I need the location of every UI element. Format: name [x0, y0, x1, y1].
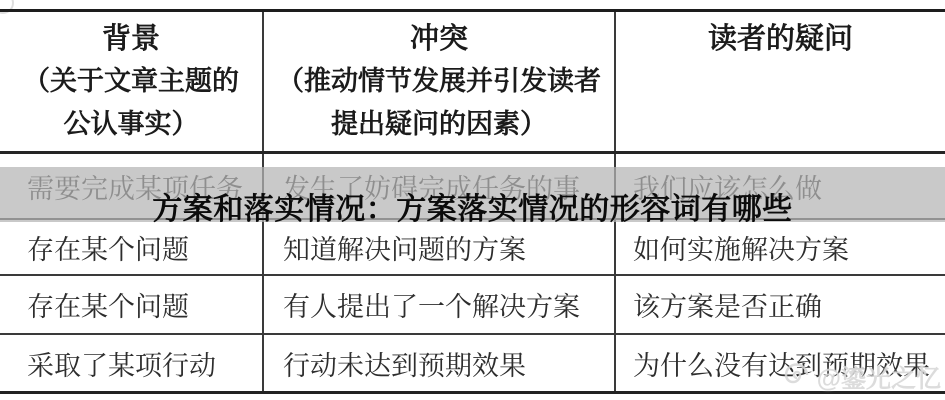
table-row: 存在某个问题 知道解决问题的方案 如何实施解决方案 [0, 220, 945, 276]
table-cell: 知道解决问题的方案 [262, 220, 614, 274]
table-cell: 采取了某项行动 [0, 335, 262, 391]
header-cell-background: 背景 （关于文章主题的 公认事实） [0, 12, 262, 151]
table-row: 存在某个问题 有人提出了一个解决方案 该方案是否正确 [0, 276, 945, 335]
table-cell: 该方案是否正确 [614, 276, 945, 333]
watermark: @鎏光之忆 [782, 359, 941, 395]
spiral-watermark-icon [782, 362, 812, 392]
header-title: 冲突 [264, 19, 614, 60]
header-subtitle-line: （关于文章主题的 [0, 60, 262, 103]
table-cell: 如何实施解决方案 [614, 220, 945, 274]
table-cell: 行动未达到预期效果 [262, 335, 614, 391]
header-subtitle-line: 公认事实） [0, 103, 262, 146]
header-cell-conflict: 冲突 （推动情节发展并引发读者 提出疑问的因素） [262, 12, 614, 151]
overlay-title: 方案和落实情况：方案落实情况的形容词有哪些 [0, 184, 945, 228]
screenshot-root: 背景 （关于文章主题的 公认事实） 冲突 （推动情节发展并引发读者 提出疑问的因… [0, 0, 945, 400]
header-title: 背景 [0, 19, 262, 60]
header-cell-reader-question: 读者的疑问 [614, 12, 945, 151]
header-subtitle-line: （推动情节发展并引发读者 [264, 60, 614, 103]
table-header-row: 背景 （关于文章主题的 公认事实） 冲突 （推动情节发展并引发读者 提出疑问的因… [0, 9, 945, 154]
table-cell: 有人提出了一个解决方案 [262, 276, 614, 333]
table-cell: 存在某个问题 [0, 220, 262, 274]
table-cell: 存在某个问题 [0, 276, 262, 333]
watermark-handle: @鎏光之忆 [817, 359, 941, 395]
header-title: 读者的疑问 [616, 19, 945, 60]
header-subtitle-line: 提出疑问的因素） [264, 103, 614, 146]
